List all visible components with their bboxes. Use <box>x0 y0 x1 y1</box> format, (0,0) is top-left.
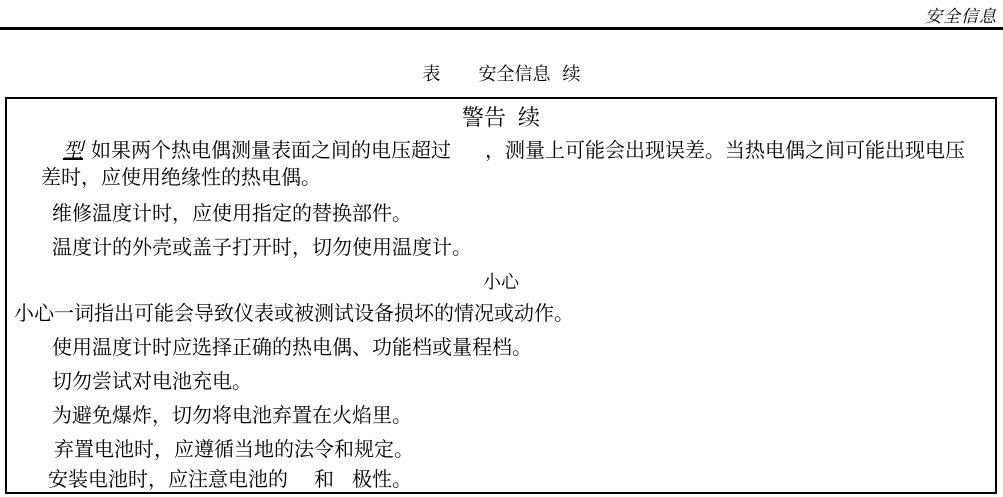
battery-line-segment-2: 和 <box>314 469 334 491</box>
page-header-title: 安全信息 <box>925 2 997 27</box>
table-caption-prefix: 表 <box>423 64 441 84</box>
thermocouple-type-label: 型 <box>63 140 83 162</box>
warning-item-repair: 维修温度计时，应使用指定的替换部件。 <box>7 203 995 226</box>
table-caption: 表安全信息续 <box>0 62 1003 86</box>
document-page: 安全信息 表安全信息续 警告续 型如果两个热电偶测量表面之间的电压超过，测量上可… <box>0 0 1003 497</box>
warning-title-cont: 续 <box>518 105 540 130</box>
caution-section-title: 小心 <box>7 271 995 293</box>
caution-item-install-battery: 安装电池时，应注意电池的和极性。 <box>7 469 995 492</box>
warning-section-title: 警告续 <box>7 104 995 132</box>
battery-line-segment-3: 极性。 <box>352 469 412 491</box>
table-caption-suffix: 续 <box>563 64 581 84</box>
battery-line-segment-1: 安装电池时，应注意电池的 <box>48 469 288 491</box>
caution-item-dispose: 弃置电池时，应遵循当地的法令和规定。 <box>7 439 995 462</box>
warning-title-main: 警告 <box>462 105 506 130</box>
table-caption-title: 安全信息 <box>479 64 551 84</box>
paragraph-segment-1: 如果两个热电偶测量表面之间的电压超过 <box>91 140 451 162</box>
caution-intro-text: 小心一词指出可能会导致仪表或被测试设备损坏的情况或动作。 <box>7 303 995 326</box>
header-rule <box>0 27 1003 30</box>
caution-item-no-fire: 为避免爆炸，切勿将电池弃置在火焰里。 <box>7 405 995 428</box>
thermocouple-voltage-paragraph: 型如果两个热电偶测量表面之间的电压超过，测量上可能会出现误差。当热电偶之间可能出… <box>7 138 995 192</box>
caution-item-select-thermocouple: 使用温度计时应选择正确的热电偶、功能档或量程档。 <box>7 337 995 360</box>
warning-item-case-open: 温度计的外壳或盖子打开时，切勿使用温度计。 <box>7 237 995 260</box>
safety-info-table-box: 警告续 型如果两个热电偶测量表面之间的电压超过，测量上可能会出现误差。当热电偶之… <box>5 97 997 494</box>
caution-item-no-charging: 切勿尝试对电池充电。 <box>7 371 995 394</box>
